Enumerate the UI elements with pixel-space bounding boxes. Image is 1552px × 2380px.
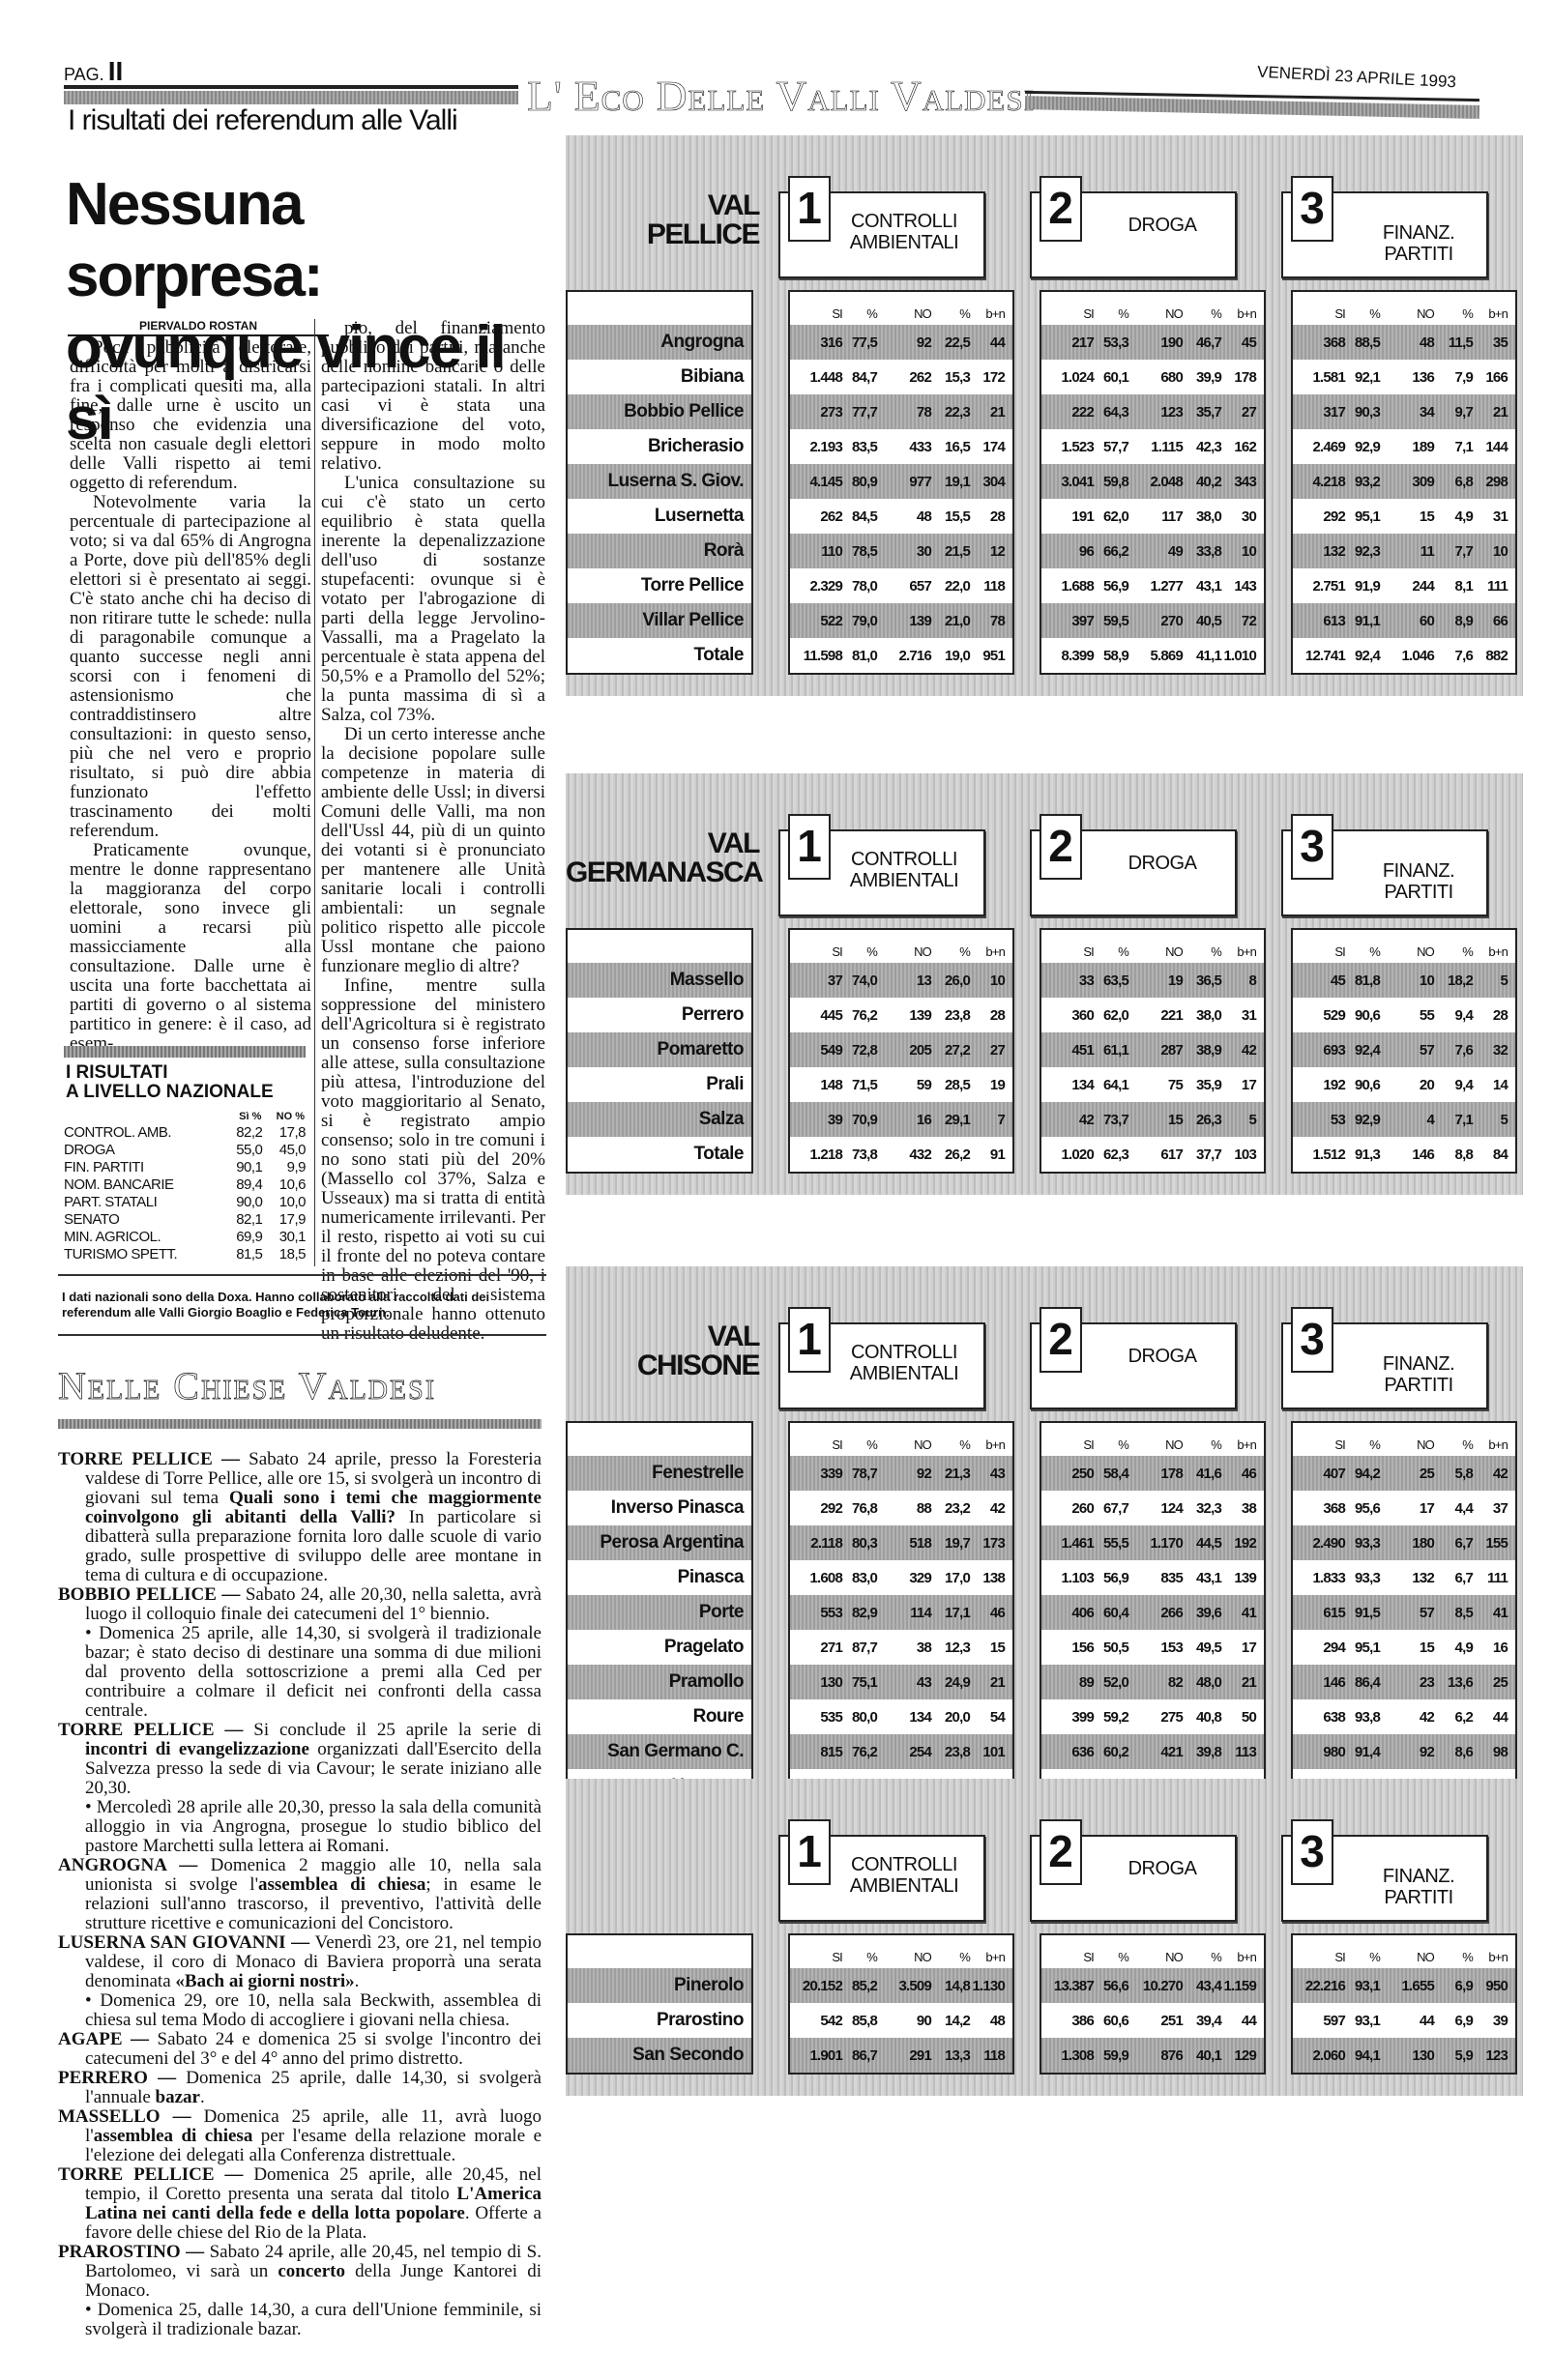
cell-value: 244	[1380, 578, 1434, 595]
column-header: NO	[877, 1437, 931, 1452]
municipality-name: Villar Pellice	[568, 603, 751, 638]
column-header: b+n	[1473, 306, 1508, 321]
municipality-name: Porte	[568, 1595, 751, 1630]
cell-value: 124	[1128, 1500, 1183, 1517]
chiese-section-bar	[58, 1419, 542, 1429]
table-row: 9666,24933,810	[1041, 534, 1264, 568]
paragraph: Poca pubblicità elettorale, difficoltà p…	[70, 338, 311, 493]
cell-value: 92,9	[1345, 439, 1380, 455]
cell-value: 134	[1041, 1077, 1094, 1093]
cell-value: 56,9	[1094, 1570, 1128, 1586]
table-row: 1.02460,168039,9178	[1041, 360, 1264, 394]
results-table-question-2: SI%NO%b+n21753,319046,7451.02460,168039,…	[1040, 290, 1266, 675]
table-row: 2.32978,065722,0118	[790, 568, 1012, 603]
cell-value: 82	[1128, 1674, 1183, 1691]
cell-value: 144	[1473, 439, 1508, 455]
cell-value: 57,7	[1094, 439, 1128, 455]
cell-value: 38,0	[1183, 1007, 1221, 1024]
cell-value: 101	[970, 1744, 1005, 1760]
issue-date: VENERDÌ 23 APRILE 1993	[1257, 63, 1457, 93]
section-subhead: I risultati dei referendum alle Valli	[68, 104, 457, 137]
column-header: %	[1345, 944, 1380, 959]
notice-subitem: • Mercoledì 28 aprile alle 20,30, presso…	[85, 1798, 542, 1856]
table-row: 3.04159,82.04840,2343	[1041, 464, 1264, 499]
question-box-2: 2DROGA	[1030, 1835, 1237, 1922]
cell-value: 83,5	[842, 439, 877, 455]
cell-value: 40,2	[1183, 474, 1221, 490]
cell-value: 7,9	[1434, 369, 1473, 386]
cell-value: 91,3	[1345, 1146, 1380, 1163]
cell-value: 33	[1041, 972, 1094, 989]
cell-value: 190	[1128, 334, 1183, 351]
cell-value: 7,1	[1434, 439, 1473, 455]
notice-place: BOBBIO PELLICE —	[58, 1584, 246, 1605]
national-row: PART. STATALI90,010,0	[64, 1193, 306, 1210]
cell-value: 4	[1380, 1112, 1434, 1128]
table-row: 1.02062,361737,7103	[1041, 1137, 1264, 1172]
cell-value: 166	[1473, 369, 1508, 386]
national-results-title: I RISULTATI A LIVELLO NAZIONALE	[66, 1063, 274, 1102]
column-header: SI	[1041, 944, 1094, 959]
question-number: 1	[788, 1819, 831, 1885]
national-row: DROGA55,045,0	[64, 1141, 306, 1158]
cell-value: 15	[1128, 1112, 1183, 1128]
column-header: SI	[1293, 1437, 1345, 1452]
cell-value: 81,8	[1345, 972, 1380, 989]
cell-value: 1.523	[1041, 439, 1094, 455]
cell-value: 1.218	[790, 1146, 842, 1163]
cell-value: 95,1	[1345, 1640, 1380, 1656]
cell-value: 93,8	[1345, 1709, 1380, 1726]
si-percent: 81,5	[225, 1245, 263, 1263]
table-row: 31677,59222,544	[790, 325, 1012, 360]
cell-value: 139	[877, 1007, 931, 1024]
cell-value: 90	[877, 2013, 931, 2029]
column-header: %	[1094, 306, 1128, 321]
cell-value: 38	[1221, 1500, 1256, 1517]
cell-value: 191	[1041, 508, 1094, 525]
table-row: 3774,01326,010	[790, 963, 1012, 998]
cell-value: 25	[1380, 1466, 1434, 1482]
cell-value: 22,5	[931, 334, 970, 351]
column-header: %	[931, 944, 970, 959]
notice-highlight: L'America Latina nei canti della fede e …	[85, 2184, 542, 2223]
paragraph: Notevolmente varia la percentuale di par…	[70, 493, 311, 841]
table-row: 36062,022138,031	[1041, 998, 1264, 1032]
cell-value: 146	[1293, 1674, 1345, 1691]
cell-value: 178	[1221, 369, 1256, 386]
cell-value: 132	[1293, 543, 1345, 560]
cell-value: 91,4	[1345, 1744, 1380, 1760]
cell-value: 111	[1473, 578, 1508, 595]
cell-value: 30	[1221, 508, 1256, 525]
table-row: 36895,6174,437	[1293, 1491, 1515, 1525]
cell-value: 41	[1473, 1605, 1508, 1621]
cell-value: 172	[970, 369, 1005, 386]
table-row: 44576,213923,828	[790, 998, 1012, 1032]
notice-highlight: bazar	[156, 2087, 200, 2107]
valley-name-line: VAL	[566, 829, 759, 858]
cell-value: 15	[970, 1640, 1005, 1656]
cell-value: 11	[1380, 543, 1434, 560]
cell-value: 23,8	[931, 1744, 970, 1760]
notice-place: AGAPE —	[58, 2029, 158, 2049]
cell-value: 78,0	[842, 578, 877, 595]
cell-value: 6,2	[1434, 1709, 1473, 1726]
column-header: b+n	[1221, 944, 1256, 959]
table-row: 1.10356,983543,1139	[1041, 1560, 1264, 1595]
cell-value: 20	[1380, 1077, 1434, 1093]
cell-value: 1.608	[790, 1570, 842, 1586]
valley-name-line: VAL	[566, 191, 759, 220]
table-row: 39759,527040,572	[1041, 603, 1264, 638]
cell-value: 1.170	[1128, 1535, 1183, 1552]
valley-name: VALPELLICE	[566, 191, 759, 249]
cell-value: 178	[1128, 1466, 1183, 1482]
cell-value: 518	[877, 1535, 931, 1552]
table-row: 14871,55928,519	[790, 1067, 1012, 1102]
cell-value: 15	[1380, 1640, 1434, 1656]
cell-value: 72	[1221, 613, 1256, 629]
referendum-label: MIN. AGRICOL.	[64, 1228, 225, 1245]
table-row: 63660,242139,8113	[1041, 1734, 1264, 1769]
cell-value: 76,2	[842, 1007, 877, 1024]
cell-value: 535	[790, 1709, 842, 1726]
cell-value: 343	[1221, 474, 1256, 490]
cell-value: 63,5	[1094, 972, 1128, 989]
table-row: 1.60883,032917,0138	[790, 1560, 1012, 1595]
cell-value: 13,3	[931, 2047, 970, 2064]
notice-item: ANGROGNA — Domenica 2 maggio alle 10, ne…	[58, 1856, 542, 1933]
cell-value: 1.115	[1128, 439, 1183, 455]
notice-place: MASSELLO —	[58, 2106, 204, 2127]
results-table-question-2: SI%NO%b+n13.38756,610.27043,41.15938660,…	[1040, 1933, 1266, 2075]
cell-value: 98	[1473, 1744, 1508, 1760]
column-header: NO	[1380, 1437, 1434, 1452]
title-line: A LIVELLO NAZIONALE	[66, 1083, 274, 1102]
column-header: %	[842, 1437, 877, 1452]
cell-value: 8.399	[1041, 648, 1094, 664]
cell-value: 23	[1380, 1674, 1434, 1691]
cell-value: 80,0	[842, 1709, 877, 1726]
column-header: %	[931, 1437, 970, 1452]
cell-value: 2.329	[790, 578, 842, 595]
notice-item: TORRE PELLICE — Domenica 25 aprile, alle…	[58, 2165, 542, 2243]
no-percent: 30,1	[262, 1228, 306, 1245]
table-row: 26284,54815,528	[790, 499, 1012, 534]
no-percent: 10,6	[262, 1175, 306, 1193]
cell-value: 35,7	[1183, 404, 1221, 421]
cell-value: 143	[1221, 578, 1256, 595]
cell-value: 59	[877, 1077, 931, 1093]
paragraph: Infine, mentre sulla soppressione del mi…	[321, 976, 545, 1344]
table-row: 45161,128738,942	[1041, 1032, 1264, 1067]
cell-value: 10	[1473, 543, 1508, 560]
cell-value: 92,4	[1345, 1042, 1380, 1059]
column-header: %	[931, 306, 970, 321]
table-row: 1.51291,31468,884	[1293, 1137, 1515, 1172]
cell-value: 60,1	[1094, 369, 1128, 386]
cell-value: 421	[1128, 1744, 1183, 1760]
cell-value: 80,9	[842, 474, 877, 490]
table-row: 2.46992,91897,1144	[1293, 429, 1515, 464]
cell-value: 5	[1473, 972, 1508, 989]
cell-value: 292	[790, 1500, 842, 1517]
table-row: 1.46155,51.17044,5192	[1041, 1525, 1264, 1560]
cell-value: 10	[1380, 972, 1434, 989]
cell-value: 110	[790, 543, 842, 560]
question-label: DROGA	[1099, 215, 1225, 236]
table-row: 1.90186,729113,3118	[790, 2038, 1012, 2073]
cell-value: 41,6	[1183, 1466, 1221, 1482]
cell-value: 298	[1473, 474, 1508, 490]
cell-value: 44	[1473, 1709, 1508, 1726]
cell-value: 46,7	[1183, 334, 1221, 351]
cell-value: 549	[790, 1042, 842, 1059]
notice-highlight: Quali sono i temi che maggiormente coinv…	[85, 1488, 542, 1527]
notice-item: TORRE PELLICE — Si conclude il 25 aprile…	[58, 1721, 542, 1856]
cell-value: 21,3	[931, 1466, 970, 1482]
cell-value: 613	[1293, 613, 1345, 629]
national-row: FIN. PARTITI90,19,9	[64, 1158, 306, 1175]
cell-value: 15	[1380, 508, 1434, 525]
column-header: SI	[790, 1437, 842, 1452]
table-header: SI%NO%b+n	[1293, 1935, 1515, 1968]
cell-value: 19	[1128, 972, 1183, 989]
notice-item: TORRE PELLICE — Sabato 24 aprile, presso…	[58, 1450, 542, 1585]
column-header: %	[931, 1950, 970, 1964]
cell-value: 27	[970, 1042, 1005, 1059]
cell-value: 1.010	[1221, 648, 1256, 664]
question-number: 2	[1040, 176, 1082, 242]
cell-value: 25	[1473, 1674, 1508, 1691]
no-percent: 10,0	[262, 1193, 306, 1210]
cell-value: 77,5	[842, 334, 877, 351]
cell-value: 56,9	[1094, 578, 1128, 595]
si-percent: 82,1	[225, 1210, 263, 1228]
table-row: 8952,08248,021	[1041, 1665, 1264, 1699]
cell-value: 37,7	[1183, 1146, 1221, 1163]
table-row: 14686,42313,625	[1293, 1665, 1515, 1699]
notice-place: ANGROGNA —	[58, 1855, 211, 1875]
cell-value: 72,8	[842, 1042, 877, 1059]
cell-value: 89	[1041, 1674, 1094, 1691]
cell-value: 91,9	[1345, 578, 1380, 595]
question-box-3: 3FINANZ. PARTITI	[1281, 1322, 1488, 1409]
cell-value: 17	[1221, 1640, 1256, 1656]
results-table-question-3: SI%NO%b+n36888,54811,5351.58192,11367,91…	[1291, 290, 1517, 675]
table-header: SI%NO%b+n	[790, 292, 1012, 325]
question-label: CONTROLLI AMBIENTALI	[836, 849, 972, 891]
cell-value: 8	[1221, 972, 1256, 989]
question-number: 2	[1040, 1307, 1082, 1373]
page-number: II	[108, 56, 124, 86]
cell-value: 287	[1128, 1042, 1183, 1059]
cell-value: 21	[1221, 1674, 1256, 1691]
municipality-name: Salza	[568, 1102, 751, 1137]
table-row: 29495,1154,916	[1293, 1630, 1515, 1665]
cell-value: 46	[970, 1605, 1005, 1621]
cell-value: 1.308	[1041, 2047, 1094, 2064]
municipality-name: Totale	[568, 638, 751, 673]
cell-value: 61,1	[1094, 1042, 1128, 1059]
municipality-name: Prali	[568, 1067, 751, 1102]
column-header: %	[842, 1950, 877, 1964]
cell-value: 76,2	[842, 1744, 877, 1760]
question-label: DROGA	[1099, 853, 1225, 874]
column-header: b+n	[1221, 1950, 1256, 1964]
cell-value: 27,2	[931, 1042, 970, 1059]
cell-value: 406	[1041, 1605, 1094, 1621]
question-number: 2	[1040, 814, 1082, 880]
cell-value: 60	[1380, 613, 1434, 629]
cell-value: 14,8	[931, 1978, 970, 1994]
column-header: %	[842, 944, 877, 959]
question-box-3: 3FINANZ. PARTITI	[1281, 1835, 1488, 1922]
si-percent: 82,2	[225, 1123, 263, 1141]
column-header: b+n	[970, 1437, 1005, 1452]
cell-value: 189	[1380, 439, 1434, 455]
cell-value: 26,0	[931, 972, 970, 989]
byline: PIERVALDO ROSTAN	[68, 319, 329, 336]
table-row: 26067,712432,338	[1041, 1491, 1264, 1525]
cell-value: 26,2	[931, 1146, 970, 1163]
cell-value: 90,6	[1345, 1007, 1380, 1024]
column-header: %	[1434, 306, 1473, 321]
question-box-3: 3FINANZ. PARTITI	[1281, 829, 1488, 916]
municipality-column: PineroloPrarostinoSan Secondo	[566, 1933, 753, 2075]
cell-value: 35,9	[1183, 1077, 1221, 1093]
cell-value: 86,7	[842, 2047, 877, 2064]
masthead-rule-left	[64, 85, 518, 89]
cell-value: 10.270	[1128, 1978, 1183, 1994]
table-row: 12.74192,41.0467,6882	[1293, 638, 1515, 673]
cell-value: 1.688	[1041, 578, 1094, 595]
cell-value: 60,2	[1094, 1744, 1128, 1760]
cell-value: 130	[790, 1674, 842, 1691]
cell-value: 93,3	[1345, 1570, 1380, 1586]
table-row: 33978,79221,343	[790, 1456, 1012, 1491]
table-header: SI%NO%b+n	[1041, 930, 1264, 963]
column-divider	[314, 319, 315, 1266]
notice-place: TORRE PELLICE —	[58, 1720, 253, 1740]
cell-value: 96	[1041, 543, 1094, 560]
cell-value: 8,1	[1434, 578, 1473, 595]
cell-value: 597	[1293, 2013, 1345, 2029]
cell-value: 39	[1473, 2013, 1508, 2029]
cell-value: 103	[1221, 1146, 1256, 1163]
cell-value: 23,8	[931, 1007, 970, 1024]
cell-value: 66	[1473, 613, 1508, 629]
cell-value: 86,4	[1345, 1674, 1380, 1691]
cell-value: 4,9	[1434, 508, 1473, 525]
cell-value: 23,2	[931, 1500, 970, 1517]
cell-value: 43,1	[1183, 578, 1221, 595]
cell-value: 78	[970, 613, 1005, 629]
cell-value: 123	[1128, 404, 1183, 421]
notice-highlight: concerto	[278, 2261, 345, 2281]
cell-value: 368	[1293, 334, 1345, 351]
page-label: PAG.II	[64, 56, 123, 87]
municipality-name: Bobbio Pellice	[568, 394, 751, 429]
question-label: FINANZ. PARTITI	[1361, 1866, 1477, 1908]
cell-value: 91	[970, 1146, 1005, 1163]
municipality-column: AngrognaBibianaBobbio PelliceBricherasio…	[566, 290, 753, 675]
paragraph: Praticamente ovunque, mentre le donne ra…	[70, 841, 311, 1054]
cell-value: 53,3	[1094, 334, 1128, 351]
cell-value: 3.509	[877, 1978, 931, 1994]
question-box-2: 2DROGA	[1030, 829, 1237, 916]
header-spacer	[568, 930, 751, 963]
cell-value: 64,1	[1094, 1077, 1128, 1093]
cell-value: 22.216	[1293, 1978, 1345, 1994]
cell-value: 11.598	[790, 648, 842, 664]
cell-value: 40,8	[1183, 1709, 1221, 1726]
cell-value: 4.218	[1293, 474, 1345, 490]
municipality-name: Fenestrelle	[568, 1456, 751, 1491]
cell-value: 17	[1380, 1500, 1434, 1517]
cell-value: 73,8	[842, 1146, 877, 1163]
cell-value: 37	[790, 972, 842, 989]
table-row: 13292,3117,710	[1293, 534, 1515, 568]
cell-value: 84,7	[842, 369, 877, 386]
cell-value: 7,6	[1434, 648, 1473, 664]
cell-value: 221	[1128, 1007, 1183, 1024]
cell-value: 693	[1293, 1042, 1345, 1059]
cell-value: 1.833	[1293, 1570, 1345, 1586]
cell-value: 83,0	[842, 1570, 877, 1586]
cell-value: 45	[1293, 972, 1345, 989]
cell-value: 15,5	[931, 508, 970, 525]
table-row: 22264,312335,727	[1041, 394, 1264, 429]
cell-value: 50,5	[1094, 1640, 1128, 1656]
table-row: 3363,51936,58	[1041, 963, 1264, 998]
cell-value: 118	[970, 2047, 1005, 2064]
cell-value: 92	[877, 334, 931, 351]
cell-value: 1.046	[1380, 648, 1434, 664]
table-row: 29276,88823,242	[790, 1491, 1012, 1525]
column-header: %	[1183, 306, 1221, 321]
cell-value: 2.193	[790, 439, 842, 455]
column-header: NO	[1128, 1950, 1183, 1964]
header-spacer	[568, 292, 751, 325]
question-label: DROGA	[1099, 1346, 1225, 1367]
credit-note: I dati nazionali sono della Doxa. Hanno …	[62, 1290, 545, 1321]
valley-name-line: GERMANASCA	[566, 858, 759, 887]
cell-value: 40,1	[1183, 2047, 1221, 2064]
municipality-name: Perrero	[568, 998, 751, 1032]
si-percent: 90,1	[225, 1158, 263, 1175]
cell-value: 20,0	[931, 1709, 970, 1726]
cell-value: 35	[1473, 334, 1508, 351]
cell-value: 28	[970, 508, 1005, 525]
cell-value: 638	[1293, 1709, 1345, 1726]
cell-value: 13	[877, 972, 931, 989]
table-row: 27377,77822,321	[790, 394, 1012, 429]
table-header: SI%NO%b+n	[790, 1423, 1012, 1456]
cell-value: 18,2	[1434, 972, 1473, 989]
cell-value: 73,7	[1094, 1112, 1128, 1128]
cell-value: 93,2	[1345, 474, 1380, 490]
page-label-text: PAG.	[64, 65, 104, 84]
column-header: SI	[1293, 306, 1345, 321]
column-header: b+n	[1221, 306, 1256, 321]
referendum-label: TURISMO SPETT.	[64, 1245, 225, 1263]
cell-value: 5	[1221, 1112, 1256, 1128]
referendum-label: NOM. BANCARIE	[64, 1175, 225, 1193]
municipality-name: Rorà	[568, 534, 751, 568]
question-number: 1	[788, 814, 831, 880]
